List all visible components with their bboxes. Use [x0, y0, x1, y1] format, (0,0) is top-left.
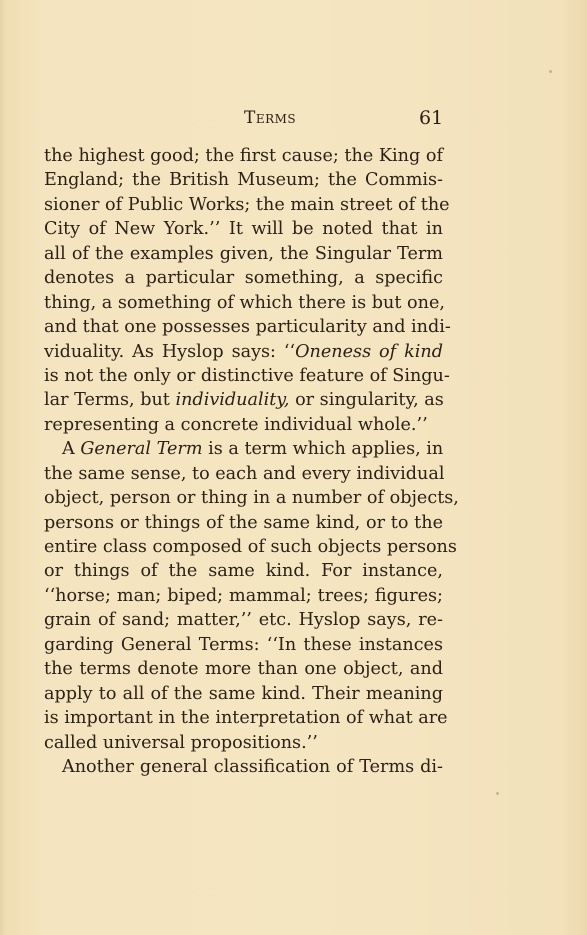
- text-line: all of the examples given, the Singular …: [44, 242, 443, 266]
- text-run: is a term which applies, in: [203, 439, 444, 459]
- text-line: is not the only or distinctive feature o…: [44, 364, 443, 388]
- italic-run: General Term: [80, 439, 202, 459]
- paper-speck: [549, 70, 552, 73]
- text-line: sioner of Public Works; the main street …: [44, 193, 443, 217]
- text-line: or things of the same kind. For instance…: [44, 559, 443, 583]
- paragraph-start: Another general classification of Terms …: [44, 755, 443, 779]
- text-line: thing, a something of which there is but…: [44, 291, 443, 315]
- text-line: City of New York.’’ It will be noted tha…: [44, 217, 443, 241]
- text-line: the terms denote more than one object, a…: [44, 657, 443, 681]
- text-line: lar Terms, but individuality, or singula…: [44, 388, 443, 412]
- text-line: the highest good; the first cause; the K…: [44, 144, 443, 168]
- text-line: persons or things of the same kind, or t…: [44, 511, 443, 535]
- text-line: entire class composed of such objects pe…: [44, 535, 443, 559]
- text-line: called universal propositions.’’: [44, 731, 443, 755]
- italic-run: Oneness of kind: [295, 342, 443, 362]
- text-run: A: [62, 439, 80, 459]
- page-number: 61: [419, 107, 443, 129]
- text-line: representing a concrete individual whole…: [44, 413, 443, 437]
- text-line: is important in the interpretation of wh…: [44, 706, 443, 730]
- paper-speck: [496, 792, 499, 795]
- text-line: the same sense, to each and every indivi…: [44, 462, 443, 486]
- text-line: object, person or thing in a number of o…: [44, 486, 443, 510]
- running-title: Terms: [244, 108, 296, 128]
- italic-run: individuality,: [175, 390, 289, 410]
- text-line: garding General Terms: ‘‘In these instan…: [44, 633, 443, 657]
- text-run: or singularity, as: [289, 390, 443, 410]
- text-line: ‘‘horse; man; biped; mammal; trees; figu…: [44, 584, 443, 608]
- text-line: grain of sand; matter,’’ etc. Hyslop say…: [44, 608, 443, 632]
- text-line: England; the British Museum; the Commis-: [44, 168, 443, 192]
- running-header: Terms 61: [44, 108, 444, 138]
- paragraph-start: A General Term is a term which applies, …: [44, 437, 443, 461]
- book-page: Terms 61 the highest good; the first cau…: [0, 0, 587, 935]
- text-run: lar Terms, but: [44, 390, 175, 410]
- body-text: the highest good; the first cause; the K…: [44, 144, 443, 779]
- text-line: viduality. As Hyslop says: ‘‘Oneness of …: [44, 340, 443, 364]
- text-line: denotes a particular something, a specif…: [44, 266, 443, 290]
- text-run: viduality. As Hyslop says: ‘‘: [44, 342, 295, 362]
- text-line: apply to all of the same kind. Their mea…: [44, 682, 443, 706]
- text-line: and that one possesses particularity and…: [44, 315, 443, 339]
